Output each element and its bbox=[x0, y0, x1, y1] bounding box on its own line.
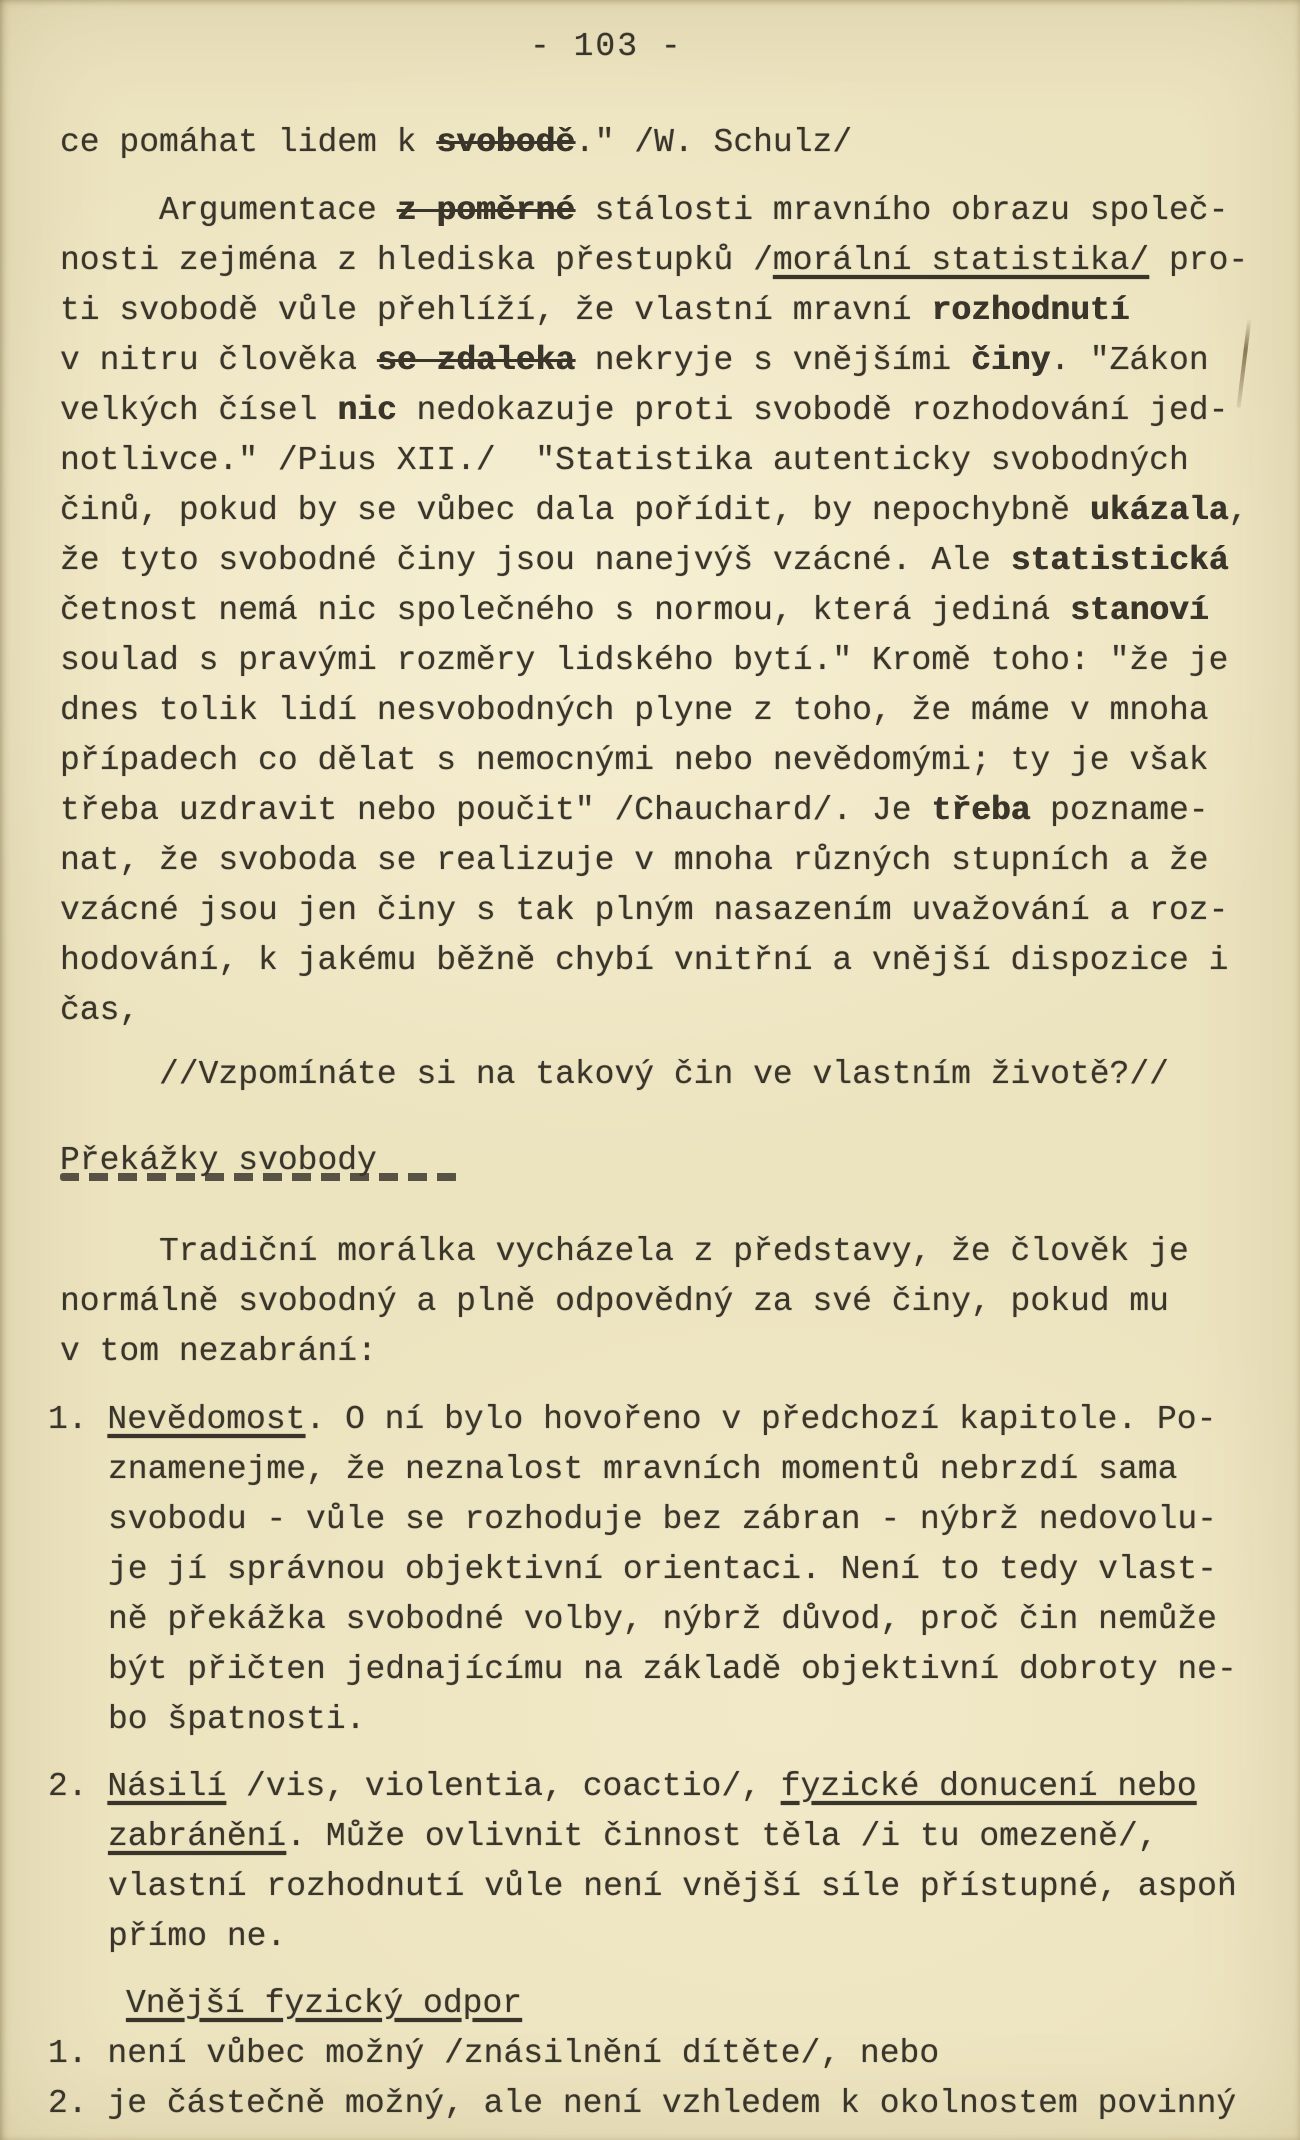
text-line: vlastní rozhodnutí vůle není vnější síle… bbox=[60, 1862, 1300, 1912]
text-line: nosti zejména z hlediska přestupků /morá… bbox=[60, 236, 1300, 286]
text-line: ti svobodě vůle přehlíží, že vlastní mra… bbox=[60, 286, 1300, 336]
text-line: svobodu - vůle se rozhoduje bez zábran -… bbox=[60, 1495, 1300, 1545]
text-line: je jí správnou objektivní orientaci. Nen… bbox=[60, 1545, 1300, 1595]
text-line: že tyto svobodné činy jsou nanejvýš vzác… bbox=[60, 536, 1300, 586]
text-line: vzácné jsou jen činy s tak plným nasazen… bbox=[60, 886, 1300, 936]
reflection-question: //Vzpomínáte si na takový čin ve vlastní… bbox=[60, 1050, 1300, 1100]
text-line: velkých čísel nic nedokazuje proti svobo… bbox=[60, 386, 1300, 436]
sub-heading: Vnější fyzický odpor bbox=[60, 1979, 1300, 2029]
text-line: bo špatnosti. bbox=[60, 1695, 1300, 1745]
text-line: zabránění. Může ovlivnit činnost těla /i… bbox=[60, 1812, 1300, 1862]
list-item: 1. není vůbec možný /znásilnění dítěte/,… bbox=[48, 2029, 1300, 2079]
text-line: ně překážka svobodné volby, nýbrž důvod,… bbox=[60, 1595, 1300, 1645]
heading-underline bbox=[60, 1173, 458, 1181]
text-line: nat, že svoboda se realizuje v mnoha růz… bbox=[60, 836, 1300, 886]
list-item: 2. Násilí /vis, violentia, coactio/, fyz… bbox=[48, 1762, 1300, 1812]
list-item: 2. je částečně možný, ale není vzhledem … bbox=[48, 2079, 1300, 2129]
text-line: ce pomáhat lidem k svobodě." /W. Schulz/ bbox=[60, 118, 1300, 168]
text-line: být přičten jednajícímu na základě objek… bbox=[60, 1645, 1300, 1695]
page-number: - 103 - bbox=[60, 22, 1300, 72]
text-line: soulad s pravými rozměry lidského bytí."… bbox=[60, 636, 1300, 686]
list-item: 1. Nevědomost. O ní bylo hovořeno v před… bbox=[48, 1395, 1300, 1445]
text-line: čas, bbox=[60, 986, 1300, 1036]
text-line: případech co dělat s nemocnými nebo nevě… bbox=[60, 736, 1300, 786]
text-line: znamenejme, že neznalost mravních moment… bbox=[60, 1445, 1300, 1495]
document-body: - 103 -ce pomáhat lidem k svobodě." /W. … bbox=[0, 0, 1300, 2129]
text-line: třeba uzdravit nebo poučit" /Chauchard/.… bbox=[60, 786, 1300, 836]
text-line: v tom nezabrání: bbox=[60, 1327, 1300, 1377]
text-line: notlivce." /Pius XII./ "Statistika auten… bbox=[60, 436, 1300, 486]
text-line: Argumentace z poměrné stálosti mravního … bbox=[60, 186, 1300, 236]
text-line: přímo ne. bbox=[60, 1912, 1300, 1962]
text-line: hodování, k jakému běžně chybí vnitřní a… bbox=[60, 936, 1300, 986]
text-line: činů, pokud by se vůbec dala pořídit, by… bbox=[60, 486, 1300, 536]
document-page: - 103 -ce pomáhat lidem k svobodě." /W. … bbox=[0, 0, 1300, 2140]
text-line: dnes tolik lidí nesvobodných plyne z toh… bbox=[60, 686, 1300, 736]
text-line: normálně svobodný a plně odpovědný za sv… bbox=[60, 1277, 1300, 1327]
text-line: Tradiční morálka vycházela z představy, … bbox=[60, 1227, 1300, 1277]
text-line: četnost nemá nic společného s normou, kt… bbox=[60, 586, 1300, 636]
text-line: v nitru člověka se zdaleka nekryje s vně… bbox=[60, 336, 1300, 386]
